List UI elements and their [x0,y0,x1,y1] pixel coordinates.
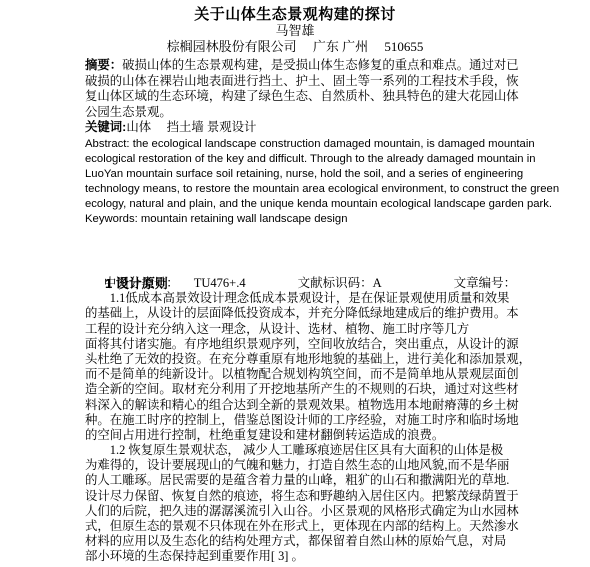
text-line: 的基础上，从设计的层面降低投资成本，并充分降低绿地建成后的维护费用。本 [85,306,517,321]
text-line: 造全新的空间。取材充分利用了开挖地基所产生的不规则的石块，通过对这些材 [85,382,517,397]
text-line: 面将其付诸实施。有序地组织景观序列，空间收放结合，突出重点，从设计的源 [85,337,517,352]
paragraph-1-1: 1.1低成本高景效设计理念低成本景观设计，是在保证景观使用质量和效果的基础上，从… [85,291,517,443]
text-line: 工程的设计充分纳入这一理念，从设计、选材、植物、施工时序等几方 [85,322,517,337]
paragraph-1-2: 1.2 恢复原生景观状态， 减少人工雕琢痕迹居住区具有大面积的山体是极为难得的，… [85,443,517,565]
keywords-cn: 关键词:山体 挡土墙 景观设计 [85,120,517,136]
abstract-cn-label: 摘要： [85,58,122,72]
text-line: 种。在施工时序的控制上，借鉴总图设计师的工序经验，对施工时序和临时场地 [85,413,517,428]
text-line: 1.1低成本高景效设计理念低成本景观设计，是在保证景观使用质量和效果 [85,291,517,306]
meta-row: 中图分类号：TU476+.4文献标识码：A文章编号： [85,261,517,276]
text-line: 料深入的解读和精心的组合达到全新的景观效果。植物选用本地耐瘠薄的乡土树 [85,398,517,413]
text-line: 而不是简单的纯新设计。以植物配合规划构筑空间，而不是简单地从景观层面创 [85,367,517,382]
paper-body-column: 摘要：破损山体的生态景观构建，是受损山体生态修复的重点和难点。通过对已 破损的山… [85,58,517,565]
text-line: ecological restoration of the key and di… [85,152,517,167]
text-line: 人们的后院，把久违的潺潺溪流引入山谷。小区景观的风格形式确定为山水园林 [85,504,517,519]
text-line: 部小环境的生态保持起到重要作用[ 3] 。 [85,549,517,564]
paper-page: 关于山体生态景观构建的探讨 马智雄 棕榈园林股份有限公司 广东 广州 51065… [0,0,590,567]
text-line: 1.2 恢复原生景观状态， 减少人工雕琢痕迹居住区具有大面积的山体是极 [85,443,517,458]
article-no-label: 文章编号： [454,276,517,290]
text-line: Abstract: the ecological landscape const… [85,137,517,152]
text-line: 头杜绝了无效的投资。在充分尊重原有地形地貌的基础上，进行美化和添加景观， [85,352,517,367]
text-line: 复山体区域的生态环境，构建了绿色生态、自然质朴、独具特色的建大花园山体 [85,89,517,105]
text-line: Keywords: mountain retaining wall landsc… [85,212,517,227]
paper-author: 马智雄 [0,23,590,39]
text-line: 破损的山体在裸岩山地表面进行挡土、护土、固土等一系列的工程技术手段，恢 [85,74,517,90]
keywords-cn-text: 山体 挡土墙 景观设计 [126,120,256,134]
text-line: ecology, natural and plain, and the uniq… [85,197,517,212]
text-line: 式，但原生态的景观不只体现在外在形式上，更体现在内部的结构上。天然渗水 [85,519,517,534]
keywords-cn-label: 关键词: [85,120,126,134]
clc-value: TU476+.4 [194,276,246,290]
paper-affiliation: 棕榈园林股份有限公司 广东 广州 510655 [0,39,590,55]
doc-code-label: 文献标识码： [298,276,373,290]
text-line: 材料的应用以及生态化的结构处理方式，都保留着自然山林的原始气息，对局 [85,534,517,549]
abstract-cn: 摘要：破损山体的生态景观构建，是受损山体生态修复的重点和难点。通过对已 破损的山… [85,58,517,120]
paper-title: 关于山体生态景观构建的探讨 [0,0,590,23]
abstract-en: Abstract: the ecological landscape const… [85,137,517,228]
text-line: 为难得的，设计要展现山的气魄和魅力，打造自然生态的山地风貌,而不是华丽 [85,458,517,473]
text-line: technology means, to restore the mountai… [85,182,517,197]
text-line: 公园生态景观。 [85,105,517,121]
doc-code-value: A [373,276,382,290]
text-line: LuoYan mountain surface soil retaining, … [85,167,517,182]
abstract-cn-first-line: 摘要：破损山体的生态景观构建，是受损山体生态修复的重点和难点。通过对已 [85,58,517,74]
text-line: 的空间占用进行控制，杜绝重复建设和建材翻倒转运造成的浪费。 [85,428,517,443]
abstract-cn-first-text: 破损山体的生态景观构建，是受损山体生态修复的重点和难点。通过对已 [122,58,519,72]
text-line: 设计尽力保留、恢复自然的痕迹，将生态和野趣纳入居住区内。把繁茂绿荫置于 [85,489,517,504]
abstract-cn-lines: 破损的山体在裸岩山地表面进行挡土、护土、固土等一系列的工程技术手段，恢复山体区域… [85,74,517,121]
text-line: 的人工雕琢。居民需要的是蕴含着力量的山峰，粗犷的山石和撒满阳光的草地. [85,473,517,488]
